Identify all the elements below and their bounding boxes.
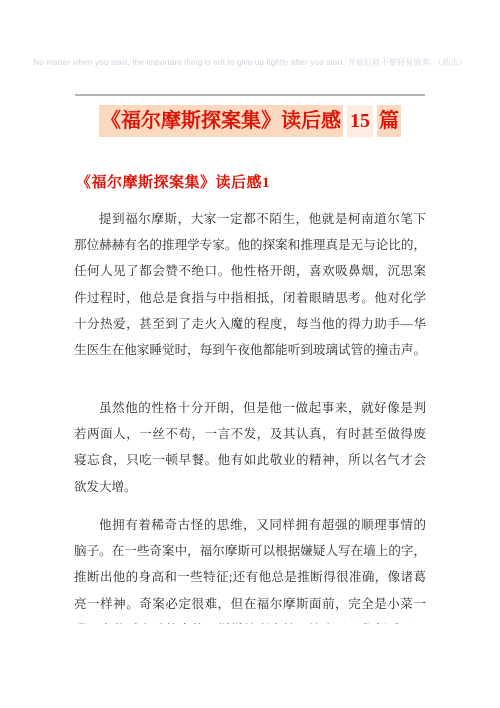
document-title-number: 15 bbox=[347, 105, 373, 137]
essay-line: 提到福尔摩斯，大家一定都不陌生，他就是柯南道尔笔下 bbox=[74, 206, 426, 232]
essay-line: 生医生在他家睡觉时，每到午夜他都能听到玻璃试管的撞击声。 bbox=[74, 337, 426, 363]
watermark-quote-cn: 开始后就不要轻易放弃。（励志） bbox=[348, 58, 467, 67]
section-heading: 《福尔摩斯探案集》读后感1 bbox=[76, 172, 270, 194]
essay-line: 脑子。在一些奇案中，福尔摩斯可以根据嫌疑人写在墙上的字， bbox=[74, 538, 426, 564]
watermark-quote-en: No matter when you start, the important … bbox=[33, 58, 345, 67]
essay-line: 任何人见了都会赞不绝口。他性格开朗，喜欢吸鼻烟，沉思案 bbox=[74, 258, 426, 284]
essay-line: 欲发大增。 bbox=[74, 474, 426, 500]
essay-paragraph-clipped: 他拥有着稀奇古怪的思维，又同样拥有超强的顺理事情的脑子。在一些奇案中，福尔摩斯可… bbox=[74, 512, 426, 624]
document-title: 《福尔摩斯探案集》读后感15篇 bbox=[0, 104, 500, 138]
essay-line: 若两面人，一丝不苟，一言不发，及其认真，有时甚至做得废 bbox=[74, 421, 426, 447]
essay-line: 碟。在他手上破的案件，样样精彩奇妙，让人忍不住想看下一 bbox=[74, 617, 426, 624]
document-page: No matter when you start, the important … bbox=[0, 0, 500, 708]
essay-line: 亮一样神。奇案必定很难，但在福尔摩斯面前，完全是小菜一 bbox=[74, 591, 426, 617]
document-title-suffix: 篇 bbox=[377, 105, 401, 137]
essay-paragraph: 提到福尔摩斯，大家一定都不陌生，他就是柯南道尔笔下那位赫赫有名的推理学专家。他的… bbox=[74, 206, 426, 363]
essay-line: 虽然他的性格十分开朗，但是他一做起事来，就好像是判 bbox=[74, 395, 426, 421]
horizontal-divider bbox=[75, 94, 425, 96]
document-title-main: 《福尔摩斯探案集》读后感 bbox=[99, 105, 343, 137]
essay-paragraph: 虽然他的性格十分开朗，但是他一做起事来，就好像是判若两面人，一丝不苟，一言不发，… bbox=[74, 395, 426, 500]
essay-line: 推断出他的身高和一些特征;还有他总是推断得很准确，像诸葛 bbox=[74, 564, 426, 590]
watermark-quote: No matter when you start, the important … bbox=[0, 57, 500, 68]
essay-line: 那位赫赫有名的推理学专家。他的探案和推理真是无与论比的， bbox=[74, 232, 426, 258]
essay-line: 件过程时，他总是食指与中指相抵，闭着眼睛思考。他对化学 bbox=[74, 285, 426, 311]
essay-line: 寝忘食，只吃一顿早餐。他有如此敬业的精神，所以名气才会 bbox=[74, 447, 426, 473]
essay-line: 十分热爱，甚至到了走火入魔的程度，每当他的得力助手—华 bbox=[74, 311, 426, 337]
essay-line: 他拥有着稀奇古怪的思维，又同样拥有超强的顺理事情的 bbox=[74, 512, 426, 538]
